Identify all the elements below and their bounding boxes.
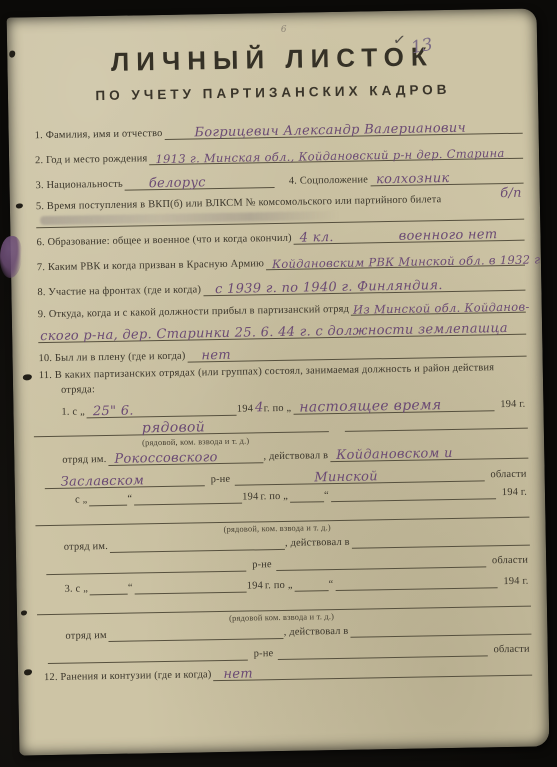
entry-index: 3. с „ — [64, 583, 90, 595]
field-label: 1. Фамилия, имя и отчество — [35, 128, 165, 142]
field-nationality-social: 3. Национальность белорус 4. Соцположени… — [35, 168, 523, 193]
field-line: Рокоссовского — [108, 447, 263, 466]
position-caption: (рядовой ком. взвода и т. д.) — [229, 612, 334, 623]
field-label: отряда: — [61, 384, 97, 397]
service-entry-1-unit: отряд им. Рокоссовского , действовал в К… — [62, 443, 528, 467]
field-label: 8. Участие на фронтах (где и когда) — [37, 284, 203, 299]
oblast-label: области — [487, 644, 531, 657]
field-label: 4. Соцположение — [275, 174, 370, 188]
acted-label: , действовал в — [285, 537, 352, 550]
unit-label: отряд им — [65, 630, 109, 643]
handwritten-value: Из Минской обл. Койданов- — [353, 300, 530, 317]
scan-background: 6 ЛИЧНЫЙ ЛИСТОК ✓ 13 ПО УЧЕТУ ПАРТИЗАНСК… — [0, 0, 557, 767]
field-fronts: 8. Участие на фронтах (где и когда) с 19… — [37, 275, 525, 300]
year2-label: 194 г. — [497, 576, 530, 589]
service-entry-2-unit: отряд им. , действовал в — [64, 530, 530, 554]
handwritten-number: 13 — [409, 35, 434, 59]
handwritten-value: нет — [201, 348, 231, 364]
field-wounds: 12. Ранения и контузии (где и когда) нет — [44, 660, 532, 685]
handwritten-value: нет — [223, 666, 253, 682]
field-label: 9. Откуда, когда и с какой должности при… — [38, 304, 352, 321]
field-line: нет — [213, 660, 532, 682]
field-origin-line2: ского р-на, дер. Старинки 25. 6. 44 г. с… — [38, 319, 526, 344]
handwritten-value: белорус — [149, 175, 206, 191]
field-line — [352, 530, 530, 549]
handwritten-value: б/п — [500, 186, 522, 201]
field-line — [331, 483, 496, 502]
rne-label: р-не — [205, 474, 235, 487]
field-line — [277, 640, 487, 660]
rne-label: р-не — [248, 648, 278, 661]
field-line — [134, 488, 242, 506]
rne-label: р-не — [246, 559, 276, 572]
position-caption: (рядовой, ком. взвода и т. д.) — [223, 523, 330, 534]
handwritten-value: 4 кл. — [300, 230, 334, 246]
document-subtitle: ПО УЧЕТУ ПАРТИЗАНСКИХ КАДРОВ — [8, 80, 538, 104]
field-label: 12. Ранения и контузии (где и когда) — [44, 669, 214, 684]
field-line: Из Минской обл. Койданов- — [351, 297, 526, 316]
handwritten-from: 25" 6. — [93, 404, 134, 420]
handwritten-year-digit: 4 — [255, 400, 264, 415]
field-rvk: 7. Каким РВК и когда призван в Красную А… — [37, 250, 525, 275]
field-line — [294, 575, 328, 592]
handwritten-district: Заславском — [61, 473, 145, 489]
ink-speck — [16, 203, 23, 208]
unit-label: отряд им. — [64, 541, 110, 554]
handwritten-region: Минской — [314, 469, 378, 485]
service-entry-3-unit: отряд им , действовал в — [65, 619, 531, 643]
oblast-label: области — [484, 469, 528, 482]
ink-speck — [24, 669, 32, 675]
check-mark-icon: ✓ — [392, 30, 407, 49]
handwritten-value-2: военного нет — [399, 227, 498, 244]
field-line — [135, 577, 247, 595]
field-line: 1913 г. Минская обл., Койдановский р-н д… — [149, 143, 523, 166]
ink-speck — [21, 610, 27, 615]
position-caption: (рядовой, ком. взвода и т. д.) — [142, 437, 249, 448]
handwritten-value: Богрицевич Александр Валерианович — [194, 121, 466, 141]
acted-label: , действовал в — [284, 626, 351, 639]
year-printed: 194 — [242, 491, 260, 503]
field-line: нет — [187, 341, 526, 363]
handwritten-value: ского р-на, дер. Старинки 25. 6. 44 г. с… — [40, 321, 508, 344]
field-line: Минской — [234, 465, 484, 485]
field-line: 25" 6. — [87, 400, 237, 419]
unit-label: отряд им. — [62, 454, 108, 467]
mid-label: г. по „ — [264, 403, 294, 416]
field-line — [290, 486, 324, 503]
handwritten-area: Койдановском и — [336, 446, 453, 463]
field-captivity: 10. Был ли в плену (где и когда) нет — [38, 341, 526, 366]
field-line — [345, 413, 528, 432]
field-line — [48, 645, 248, 664]
field-line: 4 кл. военного нет — [294, 225, 525, 245]
field-birth: 2. Год и место рождения 1913 г. Минская … — [35, 143, 523, 168]
entry-index: с „ — [75, 494, 90, 506]
service-entry-2-region: р-не области — [46, 551, 530, 575]
handwritten-value: 1913 г. Минская обл., Койдановский р-н д… — [155, 146, 504, 166]
field-line — [109, 623, 284, 642]
document-title: ЛИЧНЫЙ ЛИСТОК — [7, 39, 537, 79]
field-label: 6. Образование: общее и военное (что и к… — [36, 233, 293, 249]
field-label: 7. Каким РВК и когда призван в Красную А… — [37, 258, 266, 274]
handwritten-value: с 1939 г. по 1940 г. Финляндия. — [215, 278, 443, 297]
field-line: Богрицевич Александр Валерианович — [164, 118, 522, 140]
field-line — [350, 619, 531, 638]
handwritten-value: Койдановским РВК Минской обл. в 1932 г. — [272, 252, 544, 271]
year2-label: 194 г. — [494, 399, 527, 412]
entry-index: 1. с „ — [61, 406, 87, 418]
mid-label: г. по „ — [265, 580, 295, 593]
acted-label: , действовал в — [263, 450, 330, 463]
field-line: рядовой — [34, 416, 329, 437]
field-line: с 1939 г. по 1940 г. Финляндия. — [203, 275, 526, 297]
field-line — [110, 534, 285, 553]
field-surname: 1. Фамилия, имя и отчество Богрицевич Ал… — [34, 118, 522, 143]
document-page: 6 ЛИЧНЫЙ ЛИСТОК ✓ 13 ПО УЧЕТУ ПАРТИЗАНСК… — [7, 8, 550, 755]
field-label: 3. Национальность — [35, 179, 125, 193]
field-line — [90, 579, 128, 596]
field-line — [335, 572, 497, 591]
field-label: 2. Год и место рождения — [35, 153, 150, 167]
mid-label: г. по „ — [260, 491, 290, 504]
field-education: 6. Образование: общее и военное (что и к… — [36, 225, 524, 250]
field-label: 10. Был ли в плену (где и когда) — [38, 351, 187, 366]
handwritten-unit: Рокоссовского — [114, 450, 218, 467]
field-origin: 9. Откуда, когда и с какой должности при… — [38, 297, 526, 322]
field-line: настоящее время — [293, 395, 494, 415]
field-line — [276, 551, 486, 571]
field-line: ского р-на, дер. Старинки 25. 6. 44 г. с… — [38, 319, 526, 344]
year2-label: 194 г. — [496, 487, 529, 500]
field-line: Койдановском и — [330, 443, 528, 462]
field-line: Заславском — [45, 470, 205, 489]
year-printed: 194 — [237, 403, 255, 415]
oblast-label: области — [486, 555, 530, 568]
field-line: колхозник — [370, 168, 524, 187]
field-line — [89, 490, 127, 507]
pencil-annotation: 6 — [281, 25, 287, 35]
field-line: белорус — [125, 172, 275, 191]
handwritten-value: колхозник — [376, 171, 450, 187]
handwritten-to: настоящее время — [299, 397, 441, 415]
ink-speck — [23, 374, 32, 380]
field-line: Койдановским РВК Минской обл. в 1932 г. — [266, 250, 525, 271]
field-line — [46, 556, 246, 575]
year-printed: 194 — [247, 580, 265, 592]
handwritten-position: рядовой — [142, 419, 206, 436]
